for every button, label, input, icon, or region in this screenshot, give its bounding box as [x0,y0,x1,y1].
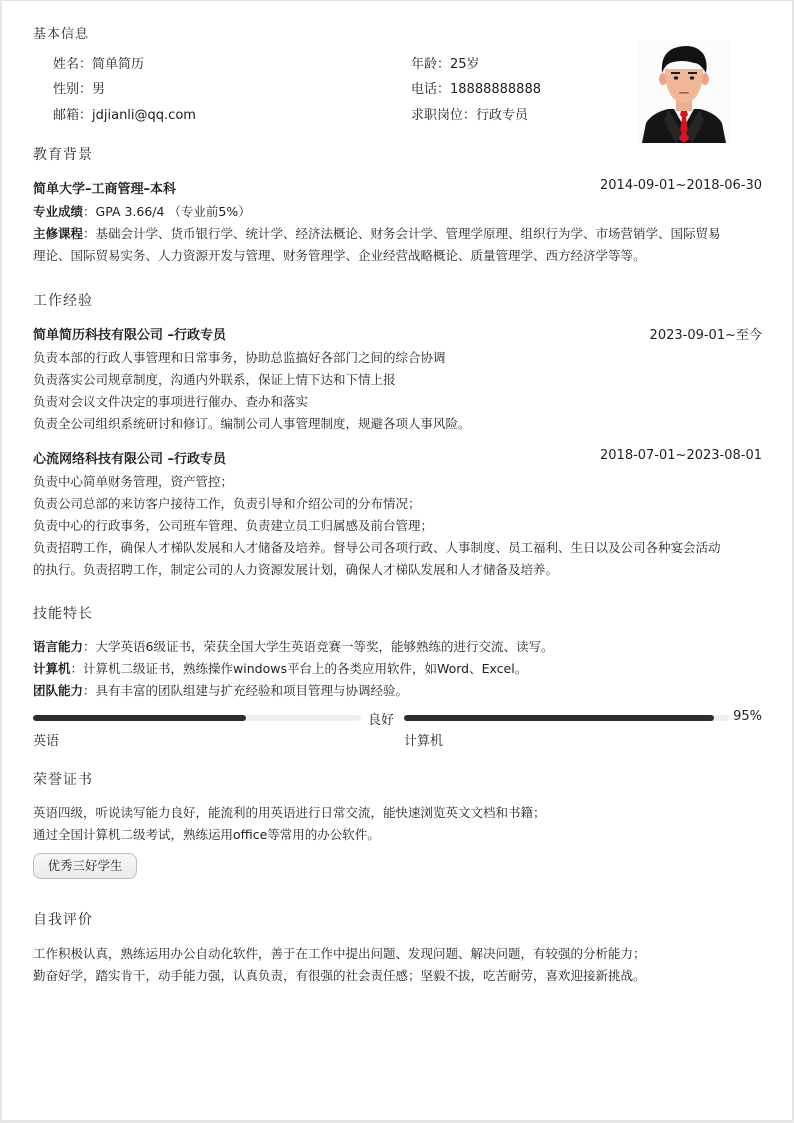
skill-item-language: 语言能力：大学英语6级证书，荣获全国大学生英语竞赛一等奖，能够熟练的进行交流、读… [33,636,553,658]
email-label: 邮箱： [53,108,92,123]
job-1-line: 负责本部的行政人事管理和日常事务，协助总监搞好各部门之间的综合协调 [33,347,446,369]
job-1-line: 负责对会议文件决定的事项进行催办、查办和落实 [33,391,308,413]
honors-line: 通过全国计算机二级考试，熟练运用office等常用的办公软件。 [33,824,380,846]
phone-field: 电话：18888888888 [411,78,541,97]
gpa-label: 专业成绩 [33,204,83,219]
job-1-line: 负责落实公司规章制度，沟通内外联系，保证上情下达和下情上报 [33,369,396,391]
education-courses-line-1: 主修课程：基础会计学、货币银行学、统计学、经济法概论、财务会计学、管理学原理、组… [33,223,721,245]
education-school: 简单大学–工商管理–本科 [33,178,176,197]
english-skill-name: 英语 [33,730,59,749]
avatar-photo-icon [638,41,730,143]
age-field: 年龄：25岁 [411,53,480,72]
skill-text: ：计算机二级证书，熟练操作windows平台上的各类应用软件，如Word、Exc… [71,661,528,676]
job-2-line: 负责公司总部的来访客户接待工作，负责引导和介绍公司的分布情况； [33,493,421,515]
section-title-basic-info: 基本信息 [33,23,89,42]
position-label: 求职岗位： [411,108,476,123]
gender-value: 男 [92,82,105,97]
name-label: 姓名： [53,57,92,72]
education-courses-line-2: 理论、国际贸易实务、人力资源开发与管理、财务管理学、企业经营战略概论、质量管理学… [33,245,646,267]
job-1-company: 简单简历科技有限公司 –行政专员 [33,324,226,343]
computer-skill-name: 计算机 [404,730,443,749]
english-skill-bar-fill [33,715,246,721]
honor-tag: 优秀三好学生 [33,853,137,879]
name-value: 简单简历 [92,57,144,72]
job-1-date: 2023-09-01~至今 [650,324,762,343]
phone-label: 电话： [411,82,450,97]
position-value: 行政专员 [476,108,528,123]
honors-line: 英语四级，听说读写能力良好，能流利的用英语进行日常交流，能快速浏览英文文档和书籍… [33,802,546,824]
job-2-line: 的执行。负责招聘工作，制定公司的人力资源发展计划，确保人才梯队发展和人才储备及培… [33,559,558,581]
skill-item-team: 团队能力：具有丰富的团队组建与扩充经验和项目管理与协调经验。 [33,680,408,702]
job-2-date: 2018-07-01~2023-08-01 [600,448,762,463]
self-eval-line: 勤奋好学，踏实肯干，动手能力强，认真负责，有很强的社会责任感；坚毅不拔，吃苦耐劳… [33,965,646,987]
section-title-work: 工作经验 [33,290,93,310]
job-2-company: 心流网络科技有限公司 –行政专员 [33,448,226,467]
name-field: 姓名：简单简历 [53,53,144,72]
skill-label: 语言能力 [33,639,83,654]
job-1-line: 负责全公司组织系统研讨和修订。编制公司人事管理制度，规避各项人事风险。 [33,413,471,435]
section-title-skills: 技能特长 [33,603,93,623]
skill-item-computer: 计算机：计算机二级证书，熟练操作windows平台上的各类应用软件，如Word、… [33,658,527,680]
skill-text: ：大学英语6级证书，荣获全国大学生英语竞赛一等奖，能够熟练的进行交流、读写。 [83,639,553,654]
english-skill-bar [33,715,361,721]
self-eval-line: 工作积极认真，熟练运用办公自动化软件，善于在工作中提出问题、发现问题、解决问题，… [33,943,646,965]
gender-field: 性别：男 [53,78,105,97]
english-skill-level: 良好 [368,709,394,728]
job-2-line: 负责招聘工作，确保人才梯队发展和人才储备及培养。督导公司各项行政、人事制度、员工… [33,537,721,559]
age-value: 25岁 [450,57,480,72]
position-field: 求职岗位：行政专员 [411,104,528,123]
email-field: 邮箱：jdjianli@qq.com [53,104,196,123]
section-title-education: 教育背景 [33,144,93,164]
gpa-value: ：GPA 3.66/4 （专业前5%） [83,204,251,219]
courses-label: 主修课程 [33,226,83,241]
education-gpa: 专业成绩：GPA 3.66/4 （专业前5%） [33,201,251,223]
computer-skill-level: 95% [733,709,762,724]
gender-label: 性别： [53,82,92,97]
courses-text-1: ：基础会计学、货币银行学、统计学、经济法概论、财务会计学、管理学原理、组织行为学… [83,226,721,241]
education-date: 2014-09-01~2018-06-30 [600,178,762,193]
computer-skill-bar [404,715,730,721]
age-label: 年龄： [411,57,450,72]
email-value: jdjianli@qq.com [92,108,196,123]
job-2-line: 负责中心的行政事务，公司班车管理、负责建立员工归属感及前台管理； [33,515,433,537]
resume-page: 基本信息 姓名：简单简历 性别：男 邮箱：jdjianli@qq.com 年龄：… [1,0,793,1121]
section-title-honors: 荣誉证书 [33,769,93,789]
skill-text: ：具有丰富的团队组建与扩充经验和项目管理与协调经验。 [83,683,408,698]
skill-label: 团队能力 [33,683,83,698]
skill-label: 计算机 [33,661,71,676]
phone-value: 18888888888 [450,82,541,97]
computer-skill-bar-fill [404,715,714,721]
job-2-line: 负责中心简单财务管理，资产管控； [33,471,233,493]
section-title-self-eval: 自我评价 [33,909,93,929]
